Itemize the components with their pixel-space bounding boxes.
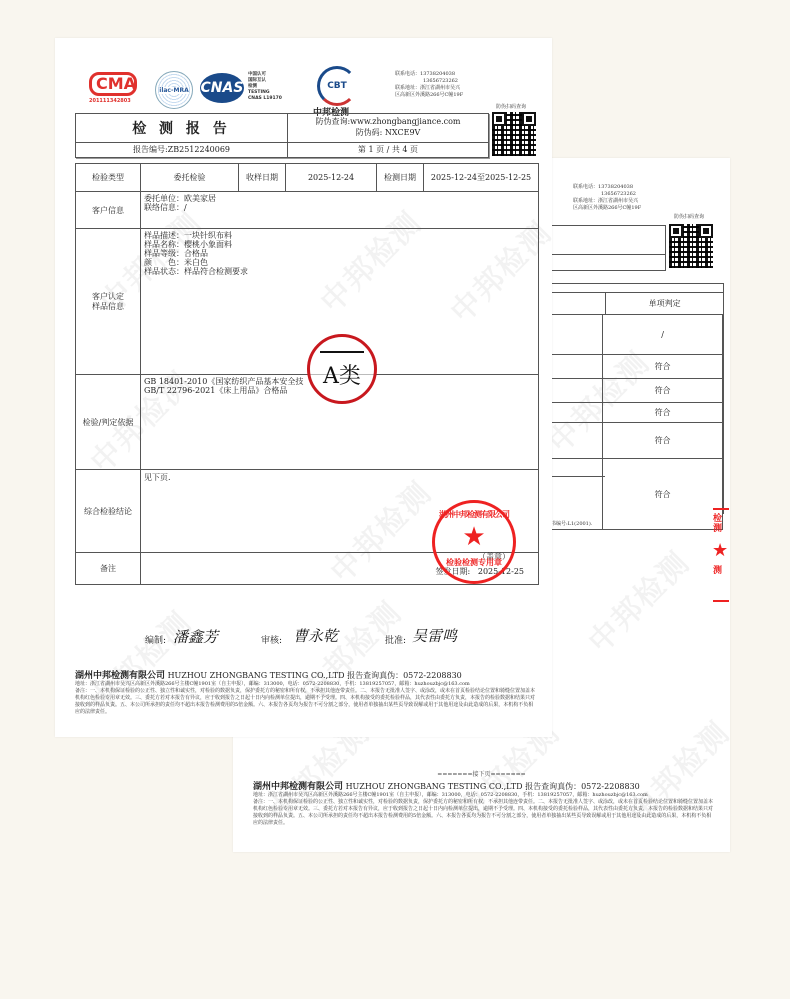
- basis-label: 检验/判定依据: [76, 375, 141, 470]
- continued-marker: =======接下页=======: [233, 769, 730, 778]
- verdict-cell: /: [603, 315, 723, 355]
- conclusion-label: 综合检验结论: [76, 470, 141, 553]
- reviewed-signature: 曹永乾: [293, 625, 338, 646]
- footer: 湖州中邦检测有限公司 HUZHOU ZHONGBANG TESTING CO.,…: [75, 668, 537, 716]
- test-label: 检测日期: [377, 164, 424, 192]
- remarks-label: 备注: [76, 553, 141, 585]
- footnote: 书编号:L1(2001).: [551, 521, 592, 528]
- prepared-label: 编制:: [145, 633, 166, 646]
- ilac-mra-logo: ilac-MRA: [155, 71, 193, 109]
- contact-block: 联系电话：13738204038 13656723262 联系地址：浙江省湖州市…: [573, 184, 641, 212]
- client-label: 客户信息: [76, 192, 141, 229]
- verdict-cell: 符合: [603, 355, 723, 379]
- qr-caption: 防伪扫码查询: [496, 104, 526, 111]
- report-number: 报告编号:ZB2512240069: [76, 145, 287, 155]
- receive-date: 2025-12-24: [286, 164, 377, 192]
- page-info: 第 1 页 / 共 4 页: [288, 145, 488, 155]
- sample-label: 客户认定 样品信息: [76, 229, 141, 375]
- contact-block: 联系电话：13738204038 13656723262 联系地址：浙江省湖州市…: [395, 71, 463, 99]
- report-page-1: 中邦检测 中邦检测 中邦检测 中邦检测 中邦检测 中邦检测 中邦检测 CMA 2…: [55, 38, 552, 737]
- qr-code-icon[interactable]: [669, 224, 713, 268]
- header-verdict: 单项判定: [606, 293, 724, 315]
- verdict-cell: 符合: [603, 423, 723, 459]
- receive-label: 收样日期: [239, 164, 286, 192]
- verdict-cell: 符合: [603, 379, 723, 403]
- verify-code: 防伪码: NXCE9V: [288, 128, 488, 138]
- qr-code-icon[interactable]: [492, 112, 536, 156]
- approved-label: 批准:: [385, 633, 406, 646]
- cbt-logo: CBT: [317, 66, 357, 106]
- type-value: 委托检验: [141, 164, 239, 192]
- cma-logo: CMA 201111342803: [89, 72, 137, 104]
- reviewed-label: 审核:: [261, 633, 282, 646]
- type-label: 检验类型: [76, 164, 141, 192]
- verdict-cell: 符合: [603, 459, 723, 530]
- qr-caption: 防伪扫码查询: [674, 214, 704, 221]
- client-info: 委托单位：欧美家居联络信息：/: [141, 192, 539, 229]
- class-a-stamp: A类: [307, 334, 377, 404]
- prepared-signature: 潘鑫芳: [173, 626, 218, 647]
- watermark: 中邦检测: [576, 539, 698, 661]
- company-seal: 湖州中邦检测有限公司 ★ 检验检测专用章: [432, 500, 516, 584]
- title-block: 检 测 报 告 防伪查询:www.zhongbangjiance.com 防伪码…: [75, 113, 489, 158]
- cnas-text: 中国认可国际互认检测TESTINGCNAS L19170: [248, 72, 282, 102]
- partial-seal: 检测 ★ 测: [709, 508, 730, 604]
- verdict-cell: 符合: [603, 403, 723, 423]
- cnas-logo: CNAS: [200, 73, 244, 103]
- verify-url: 防伪查询:www.zhongbangjiance.com: [288, 117, 488, 127]
- footer: 湖州中邦检测有限公司 HUZHOU ZHONGBANG TESTING CO.,…: [253, 779, 713, 827]
- approved-signature: 吴雷鸣: [412, 625, 457, 646]
- report-title: 检 测 报 告: [76, 114, 287, 142]
- test-date: 2025-12-24至2025-12-25: [424, 164, 539, 192]
